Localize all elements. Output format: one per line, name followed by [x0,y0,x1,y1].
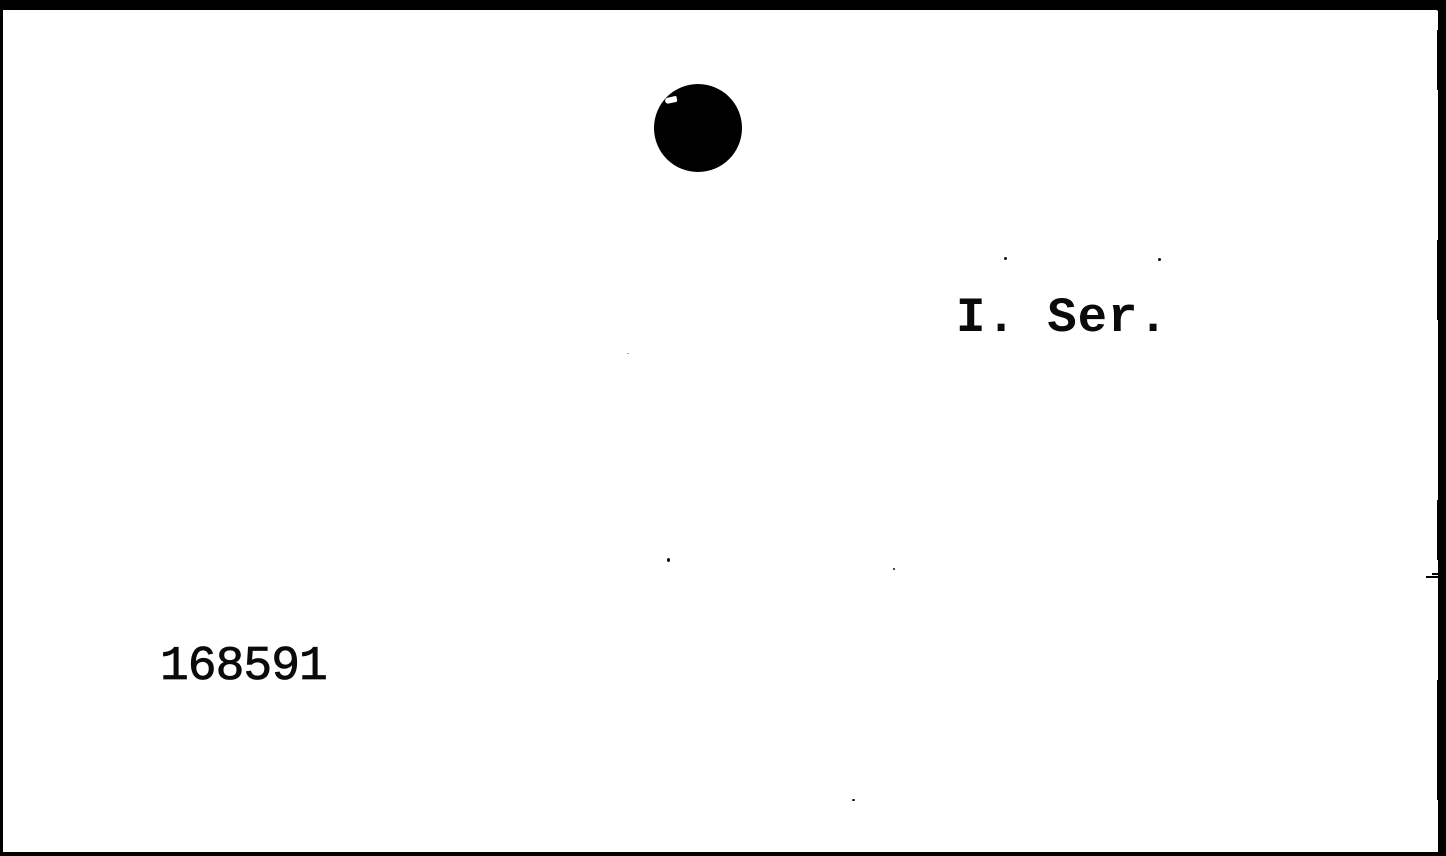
edge-mark [1437,500,1441,560]
edge-mark [1437,30,1441,90]
scan-speck [667,558,670,562]
scanned-card-image: I. Ser. 168591 [0,0,1446,856]
scan-speck [627,353,629,354]
series-heading: I. Ser. [956,288,1169,348]
edge-mark [1437,240,1441,320]
scan-speck [1004,257,1007,260]
edge-mark [1432,573,1438,575]
scan-speck [852,799,855,801]
scan-speck [1158,258,1161,261]
accession-number: 168591 [160,638,327,696]
scan-speck [893,568,895,570]
edge-mark [1437,680,1441,800]
edge-mark [1426,576,1438,578]
